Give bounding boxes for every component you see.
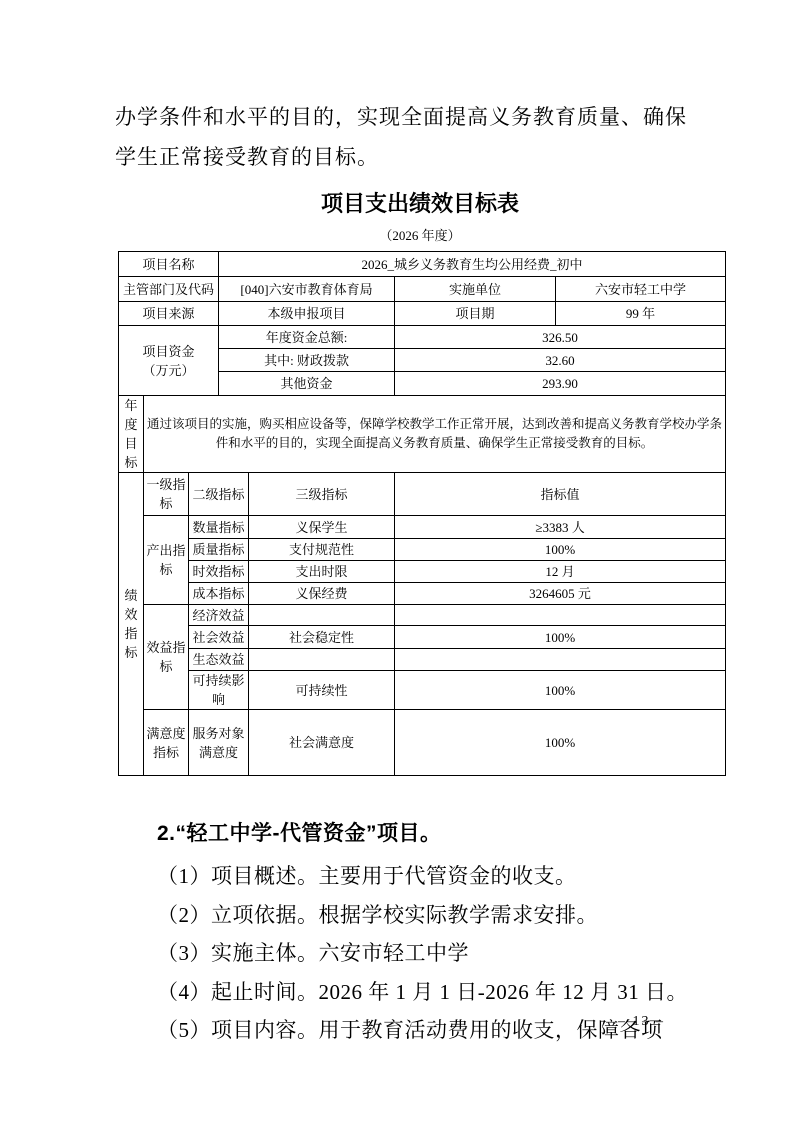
annual-goal-label: 年度目标 <box>119 396 144 473</box>
table-row: 时效指标 支出时限 12 月 <box>119 561 726 583</box>
table-row: 可持续影响 可持续性 100% <box>119 671 726 710</box>
table-subtitle: （2026 年度） <box>115 225 725 244</box>
indicator-l3: 社会满意度 <box>249 710 395 776</box>
table-row: 生态效益 <box>119 649 726 671</box>
page-number: – 13 – <box>618 1014 665 1030</box>
impl-unit-value: 六安市轻工中学 <box>556 277 726 302</box>
funds-fiscal-label: 其中: 财政拨款 <box>219 349 395 372</box>
impl-unit-label: 实施单位 <box>395 277 556 302</box>
table-row: 年度目标 通过该项目的实施，购买相应设备等，保障学校教学工作正常开展，达到改善和… <box>119 396 726 473</box>
annual-goal-text: 通过该项目的实施，购买相应设备等，保障学校教学工作正常开展，达到改善和提高义务教… <box>144 396 726 473</box>
table-row: 项目资金 （万元） 年度资金总额: 326.50 <box>119 326 726 349</box>
indicator-l2: 数量指标 <box>189 516 249 539</box>
funds-other-value: 293.90 <box>395 372 726 396</box>
indicator-value: 100% <box>395 539 726 561</box>
document-page: 办学条件和水平的目的，实现全面提高义务教育质量、确保 学生正常接受教育的目标。 … <box>0 0 793 1122</box>
indicator-value: 100% <box>395 626 726 649</box>
indicator-value: 100% <box>395 710 726 776</box>
table-row: 满意度指标 服务对象满意度 社会满意度 100% <box>119 710 726 776</box>
source-label: 项目来源 <box>119 302 219 326</box>
project-name-label: 项目名称 <box>119 252 219 277</box>
indicator-l2: 成本指标 <box>189 583 249 605</box>
indicator-value: 3264605 元 <box>395 583 726 605</box>
intro-line-2: 学生正常接受教育的目标。 <box>115 137 725 177</box>
table-row: 质量指标 支付规范性 100% <box>119 539 726 561</box>
section2-item-3: （3）实施主体。六安市轻工中学 <box>157 934 725 973</box>
indicator-l3: 义保经费 <box>249 583 395 605</box>
section2-item-2: （2）立项依据。根据学校实际教学需求安排。 <box>157 896 725 935</box>
benefit-group-label: 效益指标 <box>144 605 189 710</box>
period-value: 99 年 <box>556 302 726 326</box>
table-row: 成本指标 义保经费 3264605 元 <box>119 583 726 605</box>
indicator-l2: 经济效益 <box>189 605 249 626</box>
satisfaction-group-label: 满意度指标 <box>144 710 189 776</box>
header-level1: 一级指标 <box>144 473 189 516</box>
header-value: 指标值 <box>395 473 726 516</box>
indicator-value <box>395 605 726 626</box>
intro-paragraph: 办学条件和水平的目的，实现全面提高义务教育质量、确保 学生正常接受教育的目标。 <box>115 97 725 177</box>
indicator-value: ≥3383 人 <box>395 516 726 539</box>
indicator-l3: 社会稳定性 <box>249 626 395 649</box>
header-level3: 三级指标 <box>249 473 395 516</box>
performance-target-table: 项目名称 2026_城乡义务教育生均公用经费_初中 主管部门及代码 [040]六… <box>118 251 726 776</box>
indicator-l2: 生态效益 <box>189 649 249 671</box>
funds-fiscal-value: 32.60 <box>395 349 726 372</box>
indicator-value: 12 月 <box>395 561 726 583</box>
funds-label: 项目资金 （万元） <box>119 326 219 396</box>
indicator-l3: 支出时限 <box>249 561 395 583</box>
funds-other-label: 其他资金 <box>219 372 395 396</box>
indicator-l3 <box>249 649 395 671</box>
table-row: 主管部门及代码 [040]六安市教育体育局 实施单位 六安市轻工中学 <box>119 277 726 302</box>
source-value: 本级申报项目 <box>219 302 395 326</box>
table-row: 产出指标 数量指标 义保学生 ≥3383 人 <box>119 516 726 539</box>
indicator-value: 100% <box>395 671 726 710</box>
table-row: 项目名称 2026_城乡义务教育生均公用经费_初中 <box>119 252 726 277</box>
indicator-l2: 质量指标 <box>189 539 249 561</box>
period-label: 项目期 <box>395 302 556 326</box>
table-row: 绩效指标 一级指标 二级指标 三级指标 指标值 <box>119 473 726 516</box>
page-content: 办学条件和水平的目的，实现全面提高义务教育质量、确保 学生正常接受教育的目标。 … <box>115 97 725 1050</box>
dept-label: 主管部门及代码 <box>119 277 219 302</box>
funds-total-label: 年度资金总额: <box>219 326 395 349</box>
table-row: 效益指标 经济效益 <box>119 605 726 626</box>
section2-heading: 2.“轻工中学-代管资金”项目。 <box>157 819 725 849</box>
table-title: 项目支出绩效目标表 <box>115 191 725 217</box>
table-row: 项目来源 本级申报项目 项目期 99 年 <box>119 302 726 326</box>
indicator-l3: 义保学生 <box>249 516 395 539</box>
dept-value: [040]六安市教育体育局 <box>219 277 395 302</box>
indicator-l2: 服务对象满意度 <box>189 710 249 776</box>
project-name-value: 2026_城乡义务教育生均公用经费_初中 <box>219 252 726 277</box>
indicator-l3: 支付规范性 <box>249 539 395 561</box>
section2-item-1: （1）项目概述。主要用于代管资金的收支。 <box>157 857 725 896</box>
indicator-l2: 社会效益 <box>189 626 249 649</box>
intro-line-1: 办学条件和水平的目的，实现全面提高义务教育质量、确保 <box>115 97 725 137</box>
indicator-l2: 时效指标 <box>189 561 249 583</box>
funds-total-value: 326.50 <box>395 326 726 349</box>
indicator-l2: 可持续影响 <box>189 671 249 710</box>
section2-item-4: （4）起止时间。2026 年 1 月 1 日-2026 年 12 月 31 日。 <box>157 973 725 1012</box>
header-level2: 二级指标 <box>189 473 249 516</box>
indicator-l3 <box>249 605 395 626</box>
output-group-label: 产出指标 <box>144 516 189 605</box>
indicator-l3: 可持续性 <box>249 671 395 710</box>
indicator-value <box>395 649 726 671</box>
table-row: 社会效益 社会稳定性 100% <box>119 626 726 649</box>
perf-indicator-label: 绩效指标 <box>119 473 144 776</box>
